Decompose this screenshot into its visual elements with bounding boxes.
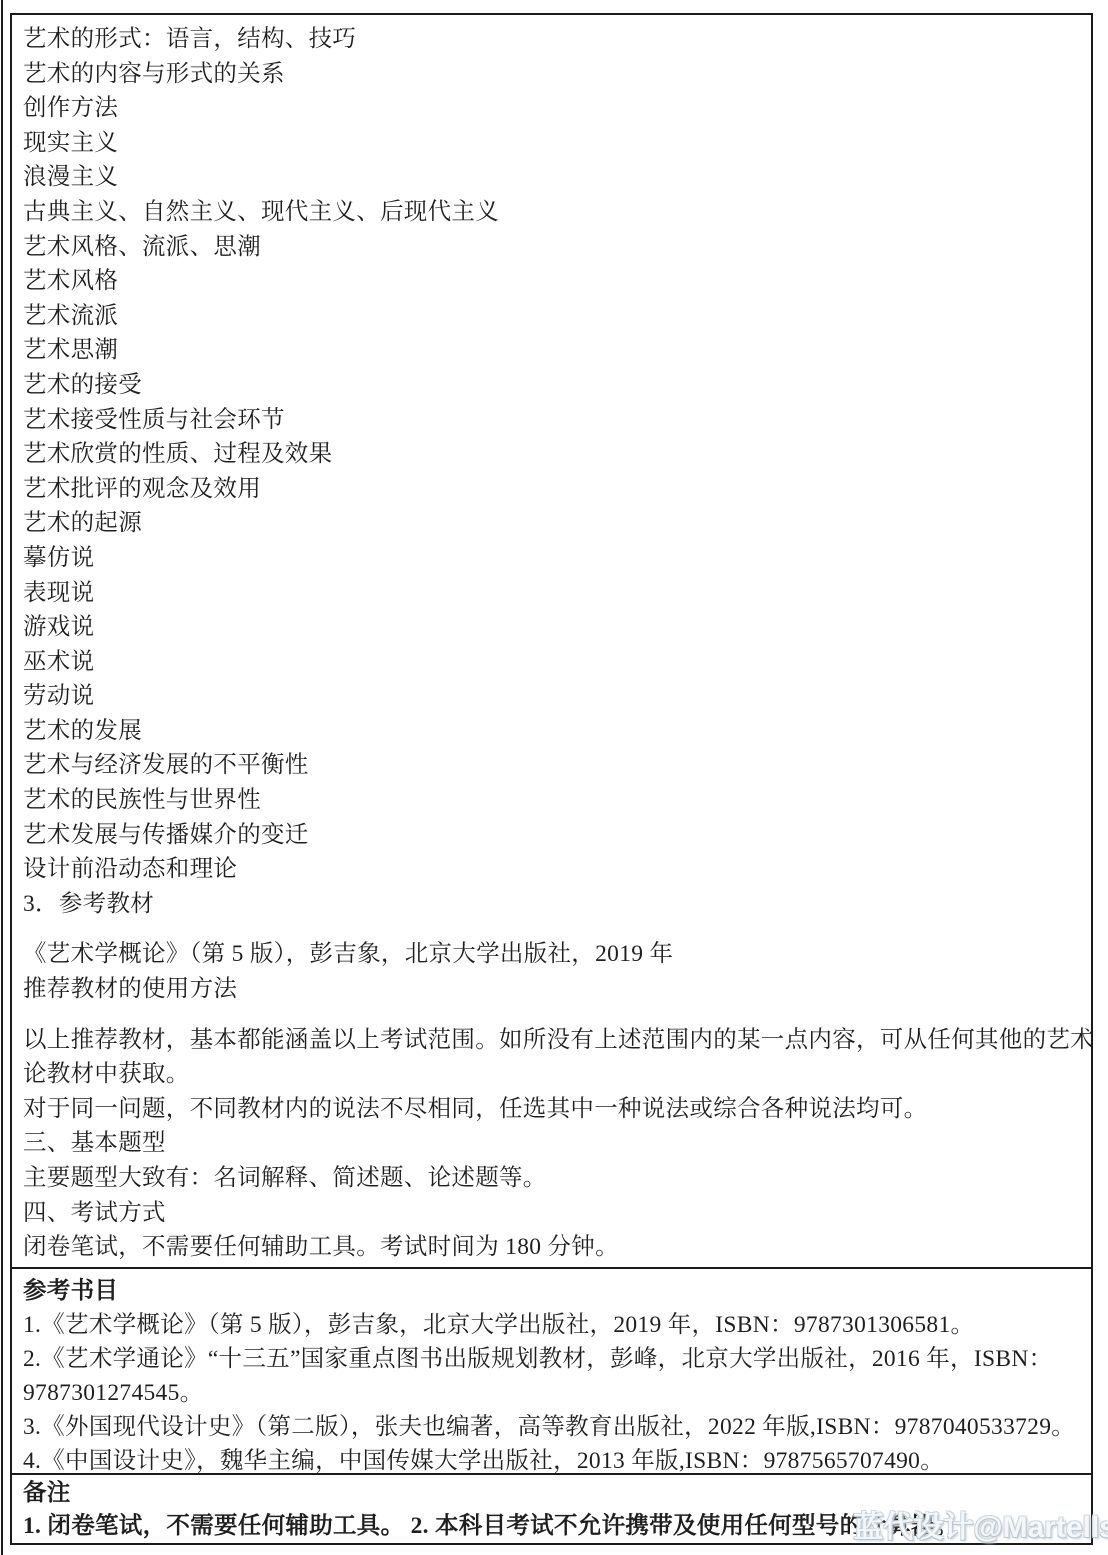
syllabus-table: 艺术的形式：语言，结构、技巧艺术的内容与形式的关系创作方法现实主义浪漫主义古典主… [10,13,1093,1545]
text-line: 艺术风格 [23,264,1080,299]
text-line: 艺术与经济发展的不平衡性 [23,748,1080,783]
text-line: 艺术批评的观念及效用 [23,472,1080,507]
text-line: 现实主义 [23,126,1080,161]
text-line: 2.《艺术学通论》“十三五”国家重点图书出版规划教材，彭峰，北京大学出版社，20… [23,1342,1080,1376]
text-line: 四、考试方式 [23,1196,1080,1231]
text-line: 艺术风格、流派、思潮 [23,230,1080,265]
text-line: 3．参考教材 [23,887,1080,922]
text-line: 艺术的内容与形式的关系 [23,57,1080,92]
text-line: 论教材中获取。 [23,1057,1080,1092]
text-line: 摹仿说 [23,541,1080,576]
text-line: 《艺术学概论》（第 5 版），彭吉象，北京大学出版社，2019 年 [23,937,1080,972]
text-line: 艺术的接受 [23,368,1080,403]
text-line: 艺术欣赏的性质、过程及效果 [23,437,1080,472]
text-line: 3.《外国现代设计史》（第二版），张夫也编著，高等教育出版社，2022 年版,I… [23,1410,1080,1444]
text-line: 巫术说 [23,645,1080,680]
text-line: 艺术的起源 [23,506,1080,541]
text-line: 浪漫主义 [23,160,1080,195]
reference-books-heading: 参考书目 [23,1274,1080,1308]
syllabus-content-cell: 艺术的形式：语言，结构、技巧艺术的内容与形式的关系创作方法现实主义浪漫主义古典主… [12,15,1091,1267]
text-line: 以上推荐教材，基本都能涵盖以上考试范围。如所没有上述范围内的某一点内容，可从任何… [23,1023,1080,1058]
text-line: 三、基本题型 [23,1126,1080,1161]
document-page: 艺术的形式：语言，结构、技巧艺术的内容与形式的关系创作方法现实主义浪漫主义古典主… [0,0,1108,1555]
text-line: 设计前沿动态和理论 [23,852,1080,887]
text-line: 创作方法 [23,91,1080,126]
text-line: 4.《中国设计史》，魏华主编，中国传媒大学出版社，2013 年版,ISBN：97… [23,1444,1080,1473]
page-left-rule [1,0,3,1555]
text-line: 艺术的发展 [23,714,1080,749]
text-line: 1.《艺术学概论》（第 5 版），彭吉象，北京大学出版社，2019 年，ISBN… [23,1308,1080,1342]
text-line: 艺术发展与传播媒介的变迁 [23,818,1080,853]
text-line: 艺术的民族性与世界性 [23,783,1080,818]
text-line: 表现说 [23,576,1080,611]
text-line: 9787301274545。 [23,1376,1080,1410]
text-line: 古典主义、自然主义、现代主义、后现代主义 [23,195,1080,230]
text-line: 艺术接受性质与社会环节 [23,403,1080,438]
text-line: 艺术的形式：语言，结构、技巧 [23,22,1080,57]
text-line: 劳动说 [23,679,1080,714]
text-line: 推荐教材的使用方法 [23,972,1080,1007]
text-line: 游戏说 [23,610,1080,645]
text-line: 主要题型大致有：名词解释、简述题、论述题等。 [23,1161,1080,1196]
reference-books-cell: 参考书目 1.《艺术学概论》（第 5 版），彭吉象，北京大学出版社，2019 年… [12,1267,1091,1473]
watermark: 蓝代设计@Martells [853,1502,1108,1546]
text-line: 对于同一问题，不同教材内的说法不尽相同，任选其中一种说法或综合各种说法均可。 [23,1092,1080,1127]
text-line: 艺术思潮 [23,333,1080,368]
text-line: 艺术流派 [23,299,1080,334]
text-line: 闭卷笔试，不需要任何辅助工具。考试时间为 180 分钟。 [23,1230,1080,1265]
reference-books-list: 1.《艺术学概论》（第 5 版），彭吉象，北京大学出版社，2019 年，ISBN… [23,1308,1080,1473]
